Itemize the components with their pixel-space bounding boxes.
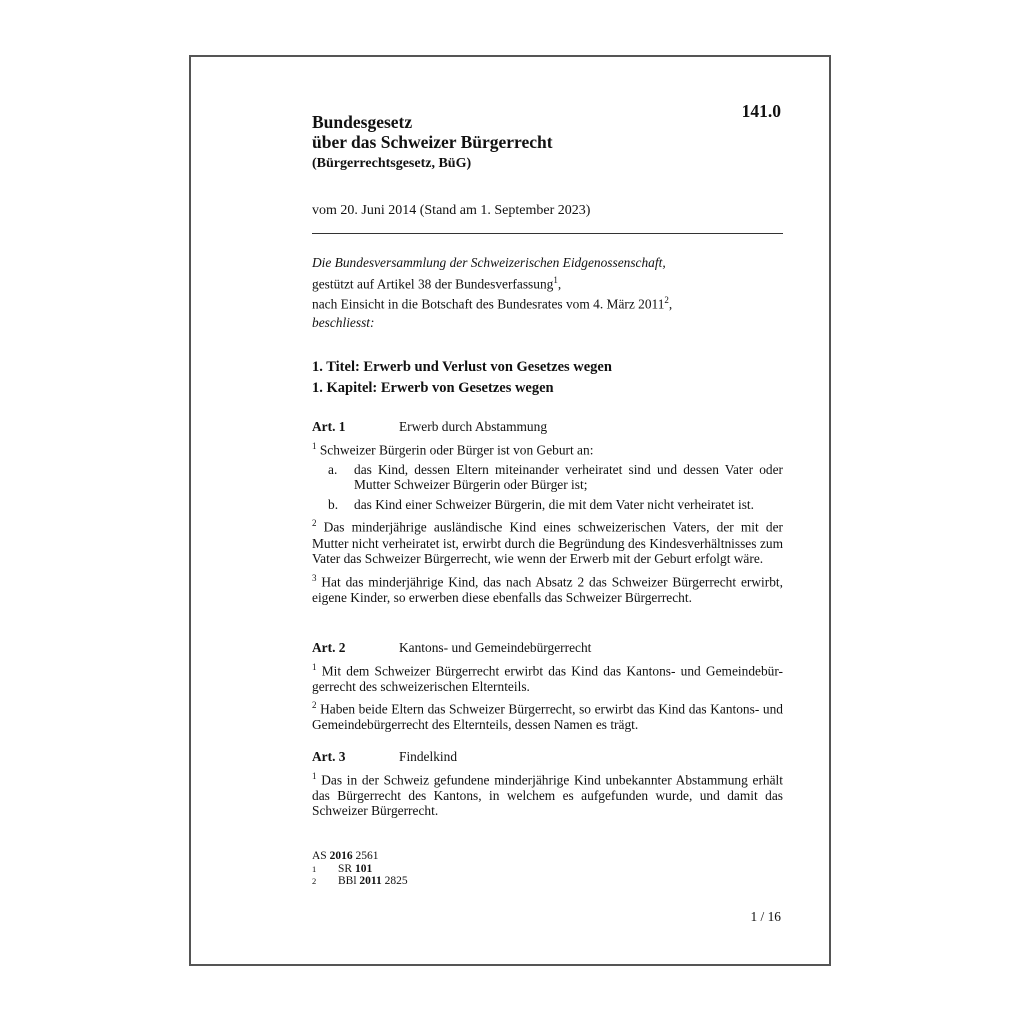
article-number: Art. 1 [312,419,399,435]
preamble-basis: gestützt auf Artikel 38 der Bundesverfas… [312,272,672,293]
paragraph: 1 Das in der Schweiz gefundene minderjäh… [312,769,783,819]
preamble-resolves: beschliesst: [312,315,672,332]
article-3: Art. 3 Findelkind 1 Das in der Schweiz g… [312,749,783,823]
article-2: Art. 2 Kantons- und Gemeindebürgerrecht … [312,640,783,737]
paragraph: 2 Das minderjährige ausländische Kind ei… [312,516,783,566]
law-short-title: (Bürgerrechtsgesetz, BüG) [312,156,471,172]
page-number: 1 / 16 [750,909,781,925]
paragraph: 2 Haben beide Eltern das Schweizer Bürge… [312,698,783,733]
sr-number: 141.0 [742,101,781,122]
article-number: Art. 2 [312,640,399,656]
footnotes: AS 2016 2561 1SR 101 2BBl 2011 2825 [312,850,408,888]
preamble-message: nach Einsicht in die Botschaft des Bunde… [312,292,672,313]
footnote-1: 1SR 101 [312,863,408,876]
article-title: Erwerb durch Abstammung [399,419,547,435]
article-number: Art. 3 [312,749,399,765]
article-1: Art. 1 Erwerb durch Abstammung 1 Schweiz… [312,419,783,609]
paragraph: 3 Hat das minderjährige Kind, das nach A… [312,571,783,606]
title-heading: 1. Titel: Erwerb und Verlust von Gesetze… [312,359,612,376]
official-collection-ref: AS 2016 2561 [312,850,408,863]
footnote-2: 2BBl 2011 2825 [312,875,408,888]
paragraph: 1 Mit dem Schweizer Bürgerrecht erwirbt … [312,660,783,695]
list-item: b. das Kind einer Schweizer Bürgerin, di… [312,497,783,513]
law-title-line-1: Bundesgesetz [312,111,412,133]
law-date: vom 20. Juni 2014 (Stand am 1. September… [312,203,590,219]
law-title-line-2: über das Schweizer Bürgerrecht [312,131,553,153]
article-title: Kantons- und Gemeindebürgerrecht [399,640,591,656]
article-title: Findelkind [399,749,457,765]
chapter-heading: 1. Kapitel: Erwerb von Gesetzes wegen [312,380,554,397]
preamble: Die Bundesversammlung der Schweizerische… [312,255,672,332]
paragraph: 1 Schweizer Bürgerin oder Bürger ist von… [312,439,783,458]
header-divider [312,233,783,234]
preamble-enacting-body: Die Bundesversammlung der Schweizerische… [312,255,672,272]
list-item: a. das Kind, dessen Eltern miteinander v… [312,462,783,493]
